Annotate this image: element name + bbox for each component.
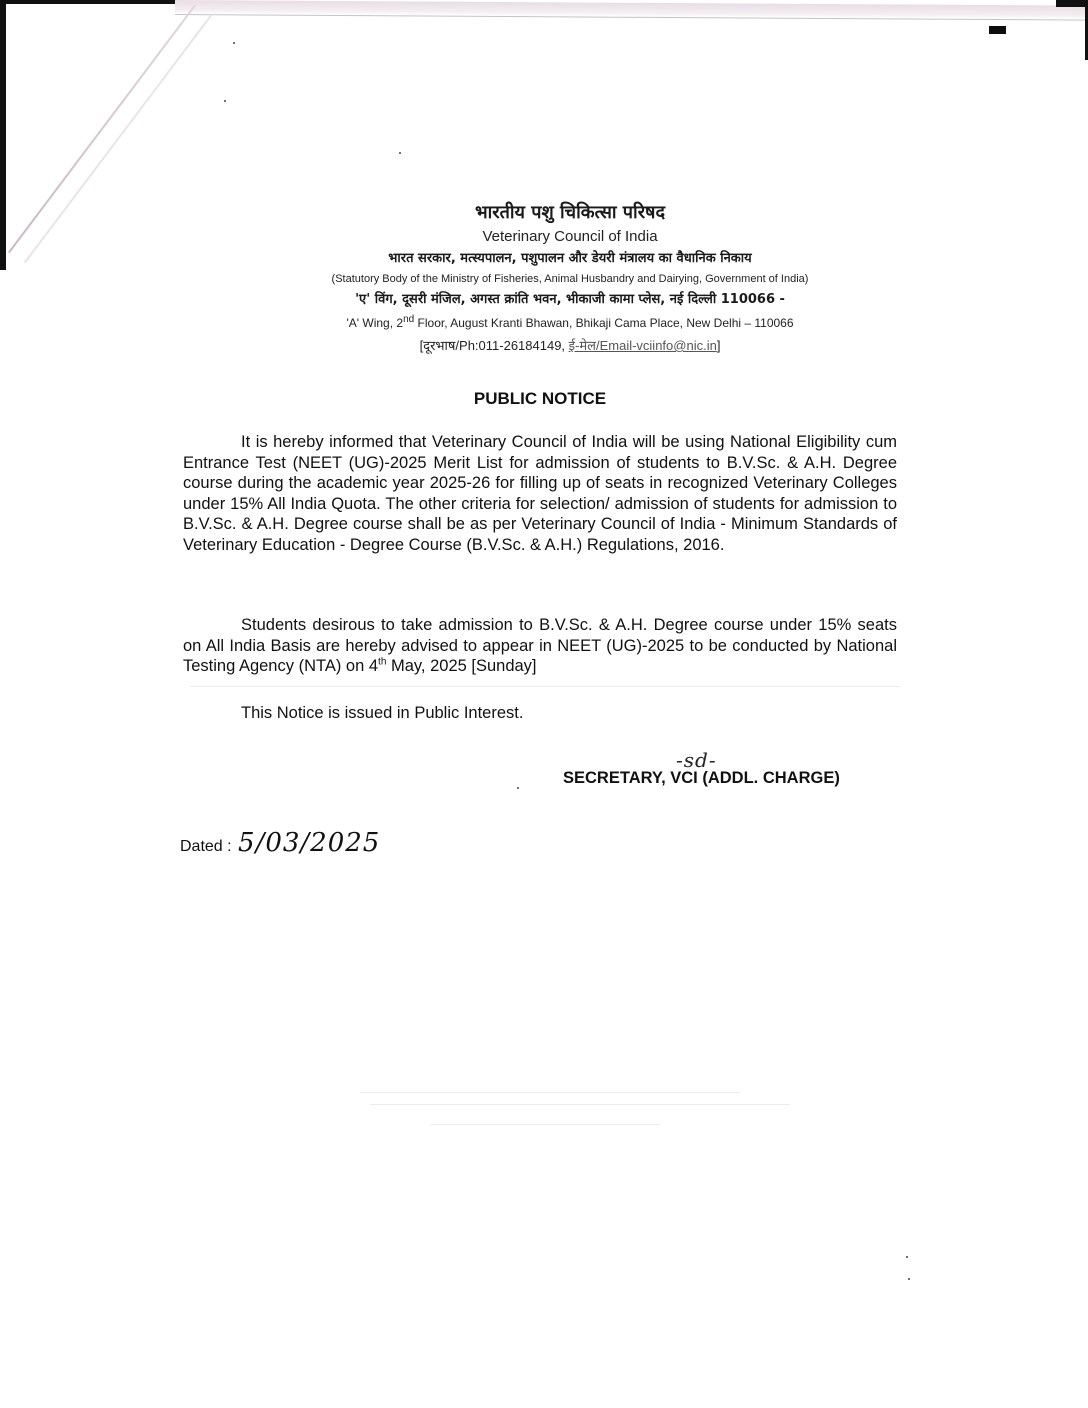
- scan-speck: [224, 100, 226, 102]
- ordinal-superscript: nd: [403, 314, 414, 325]
- email-link[interactable]: ई-मेल/Email-vciinfo@nic.in: [569, 338, 717, 353]
- signatory-title: SECRETARY, VCI (ADDL. CHARGE): [563, 769, 840, 788]
- dated-value: 5/03/2025: [238, 828, 380, 858]
- org-name-english: Veterinary Council of India: [240, 226, 900, 248]
- paragraph-text: Students desirous to take admission to B…: [183, 616, 897, 675]
- letterhead: भारतीय पशु चिकित्सा परिषद Veterinary Cou…: [240, 200, 900, 358]
- org-address-english: 'A' Wing, 2nd Floor, August Kranti Bhawa…: [240, 312, 900, 334]
- phone-number: [दूरभाष/Ph:011-26184149,: [420, 338, 569, 353]
- bleed-through-line: [190, 686, 900, 687]
- notice-title: PUBLIC NOTICE: [240, 389, 840, 409]
- notice-paragraph-3: This Notice is issued in Public Interest…: [183, 703, 897, 724]
- bleed-through-line: [370, 1104, 790, 1105]
- scan-border: [0, 0, 6, 270]
- bleed-through-line: [360, 1092, 740, 1093]
- paper-top-edge: [175, 0, 1088, 21]
- scan-speck: [908, 1278, 910, 1280]
- notice-paragraph-2: Students desirous to take admission to B…: [183, 615, 897, 677]
- scan-speck: [906, 1256, 908, 1258]
- org-name-hindi: भारतीय पशु चिकित्सा परिषद: [240, 200, 900, 226]
- address-text: 'A' Wing, 2: [346, 316, 403, 330]
- bleed-through-line: [430, 1124, 660, 1125]
- address-text: Floor, August Kranti Bhawan, Bhikaji Cam…: [414, 316, 793, 330]
- scan-border: [0, 0, 176, 4]
- dated-line: Dated : 5/03/2025: [180, 828, 380, 858]
- org-contact: [दूरभाष/Ph:011-26184149, ई-मेल/Email-vci…: [240, 334, 900, 358]
- paper-fold-line: [8, 4, 196, 253]
- contact-bracket: ]: [717, 338, 721, 353]
- scan-border: [1056, 0, 1088, 7]
- scan-corner-mark: [989, 26, 1006, 34]
- org-statutory-line: (Statutory Body of the Ministry of Fishe…: [240, 270, 900, 288]
- scan-speck: [517, 787, 519, 789]
- scan-speck: [233, 42, 235, 44]
- dated-label: Dated :: [180, 838, 236, 855]
- org-subtitle-hindi: भारत सरकार, मत्स्यपालन, पशुपालन और डेयरी…: [240, 248, 900, 270]
- scan-speck: [399, 152, 401, 154]
- paragraph-text: May, 2025 [Sunday]: [386, 657, 536, 675]
- notice-paragraph-1: It is hereby informed that Veterinary Co…: [183, 432, 897, 555]
- paper-fold-line: [24, 14, 212, 263]
- org-address-hindi: 'ए' विंग, दूसरी मंजिल, अगस्त क्रांति भवन…: [240, 288, 900, 312]
